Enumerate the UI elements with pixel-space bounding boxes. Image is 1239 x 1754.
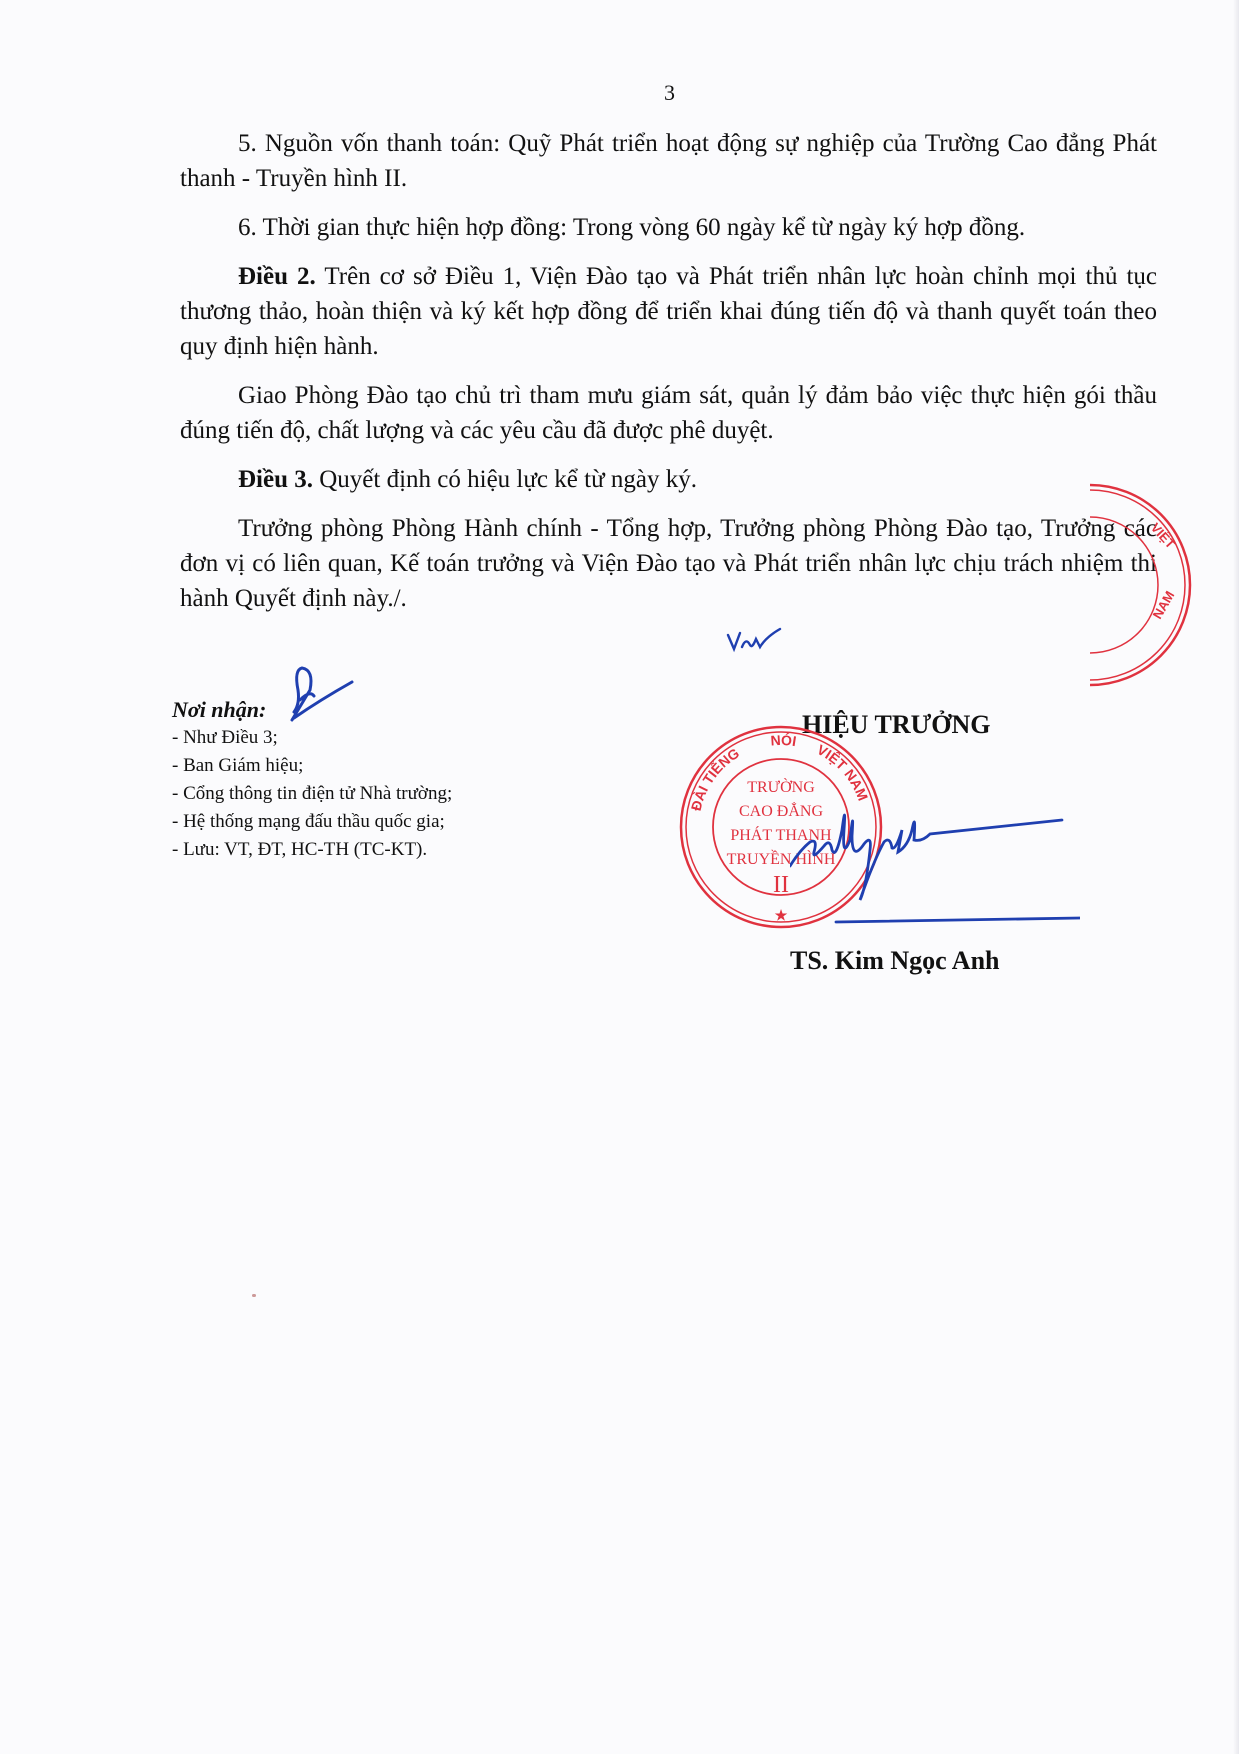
page-number: 3 [0, 80, 1239, 106]
handwritten-signature-icon [790, 790, 1080, 940]
body-paragraph: Trưởng phòng Phòng Hành chính - Tổng hợp… [180, 511, 1157, 616]
body-paragraph: Giao Phòng Đào tạo chủ trì tham mưu giám… [180, 378, 1157, 448]
svg-text:NAM: NAM [1150, 588, 1178, 621]
svg-text:II: II [773, 872, 789, 898]
svg-text:NÓI: NÓI [770, 731, 797, 749]
paragraph-text: Trưởng phòng Phòng Hành chính - Tổng hợp… [180, 515, 1157, 612]
paragraph-text: Quyết định có hiệu lực kể từ ngày ký. [313, 466, 697, 493]
partial-stamp-icon: VIỆT NAM [1090, 480, 1200, 690]
paragraph-text: Giao Phòng Đào tạo chủ trì tham mưu giám… [180, 382, 1157, 444]
body-paragraph: 6. Thời gian thực hiện hợp đồng: Trong v… [180, 210, 1157, 245]
recipients-item: - Ban Giám hiệu; [172, 752, 452, 780]
body-paragraph: Điều 2. Trên cơ sở Điều 1, Viện Đào tạo … [180, 259, 1157, 364]
paragraph-text: 6. Thời gian thực hiện hợp đồng: Trong v… [238, 214, 1025, 241]
body-paragraph: 5. Nguồn vốn thanh toán: Quỹ Phát triển … [180, 126, 1157, 196]
recipients-item: - Cổng thông tin điện tử Nhà trường; [172, 780, 452, 808]
scan-speck [252, 1294, 256, 1297]
decision-body: 5. Nguồn vốn thanh toán: Quỹ Phát triển … [180, 126, 1157, 630]
page-edge-shadow [1233, 0, 1239, 1754]
initial-signature-icon [280, 660, 360, 730]
svg-text:★: ★ [775, 907, 788, 923]
recipients-item: - Hệ thống mạng đấu thầu quốc gia; [172, 808, 452, 836]
paragraph-text: 5. Nguồn vốn thanh toán: Quỹ Phát triển … [180, 130, 1157, 192]
article-label: Điều 3. [238, 466, 313, 493]
article-label: Điều 2. [238, 263, 316, 290]
svg-text:VIỆT: VIỆT [1148, 520, 1179, 552]
paragraph-text: Trên cơ sở Điều 1, Viện Đào tạo và Phát … [180, 263, 1157, 360]
initials-mark-icon [724, 625, 784, 655]
signer-name: TS. Kim Ngọc Anh [790, 946, 1000, 976]
body-paragraph: Điều 3. Quyết định có hiệu lực kể từ ngà… [180, 462, 1157, 497]
recipients-item: - Lưu: VT, ĐT, HC-TH (TC-KT). [172, 836, 452, 864]
